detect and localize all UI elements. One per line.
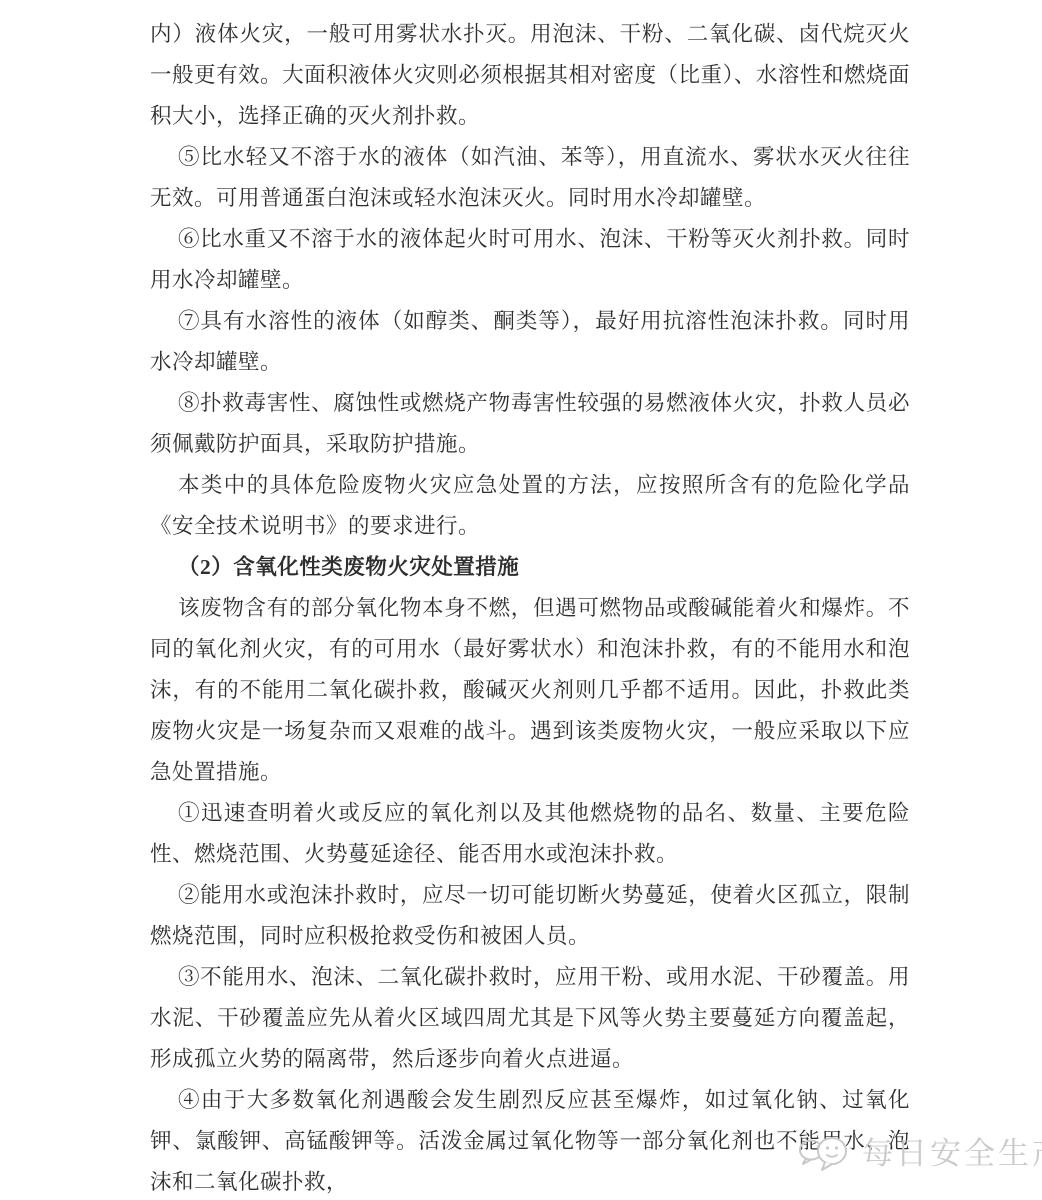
paragraph: ②能用水或泡沫扑救时，应尽一切可能切断火势蔓延，使着火区孤立，限制燃烧范围，同时… xyxy=(150,875,910,957)
paragraph: ⑦具有水溶性的液体（如醇类、酮类等），最好用抗溶性泡沫扑救。同时用水冷却罐壁。 xyxy=(150,301,910,383)
paragraph: ⑧扑救毒害性、腐蚀性或燃烧产物毒害性较强的易燃液体火灾，扑救人员必须佩戴防护面具… xyxy=(150,383,910,465)
paragraph: 本类中的具体危险废物火灾应急处置的方法，应按照所含有的危险化学品《安全技术说明书… xyxy=(150,465,910,547)
document-page: 内）液体火灾，一般可用雾状水扑灭。用泡沫、干粉、二氧化碳、卤代烷灭火一般更有效。… xyxy=(0,0,1042,1200)
paragraph: ⑥比水重又不溶于水的液体起火时可用水、泡沫、干粉等灭火剂扑救。同时用水冷却罐壁。 xyxy=(150,219,910,301)
paragraph: ④由于大多数氧化剂遇酸会发生剧烈反应甚至爆炸，如过氧化钠、过氧化钾、氯酸钾、高锰… xyxy=(150,1080,910,1200)
paragraph: 该废物含有的部分氧化物本身不燃，但遇可燃物品或酸碱能着火和爆炸。不同的氧化剂火灾… xyxy=(150,588,910,793)
paragraph: 内）液体火灾，一般可用雾状水扑灭。用泡沫、干粉、二氧化碳、卤代烷灭火一般更有效。… xyxy=(150,14,910,137)
paragraph: ⑤比水轻又不溶于水的液体（如汽油、苯等），用直流水、雾状水灭火往往无效。可用普通… xyxy=(150,137,910,219)
paragraph: ③不能用水、泡沫、二氧化碳扑救时，应用干粉、或用水泥、干砂覆盖。用水泥、干砂覆盖… xyxy=(150,957,910,1080)
paragraph: ①迅速查明着火或反应的氧化剂以及其他燃烧物的品名、数量、主要危险性、燃烧范围、火… xyxy=(150,793,910,875)
section-heading: （2）含氧化性类废物火灾处置措施 xyxy=(150,547,910,588)
document-text: 内）液体火灾，一般可用雾状水扑灭。用泡沫、干粉、二氧化碳、卤代烷灭火一般更有效。… xyxy=(150,14,910,1200)
